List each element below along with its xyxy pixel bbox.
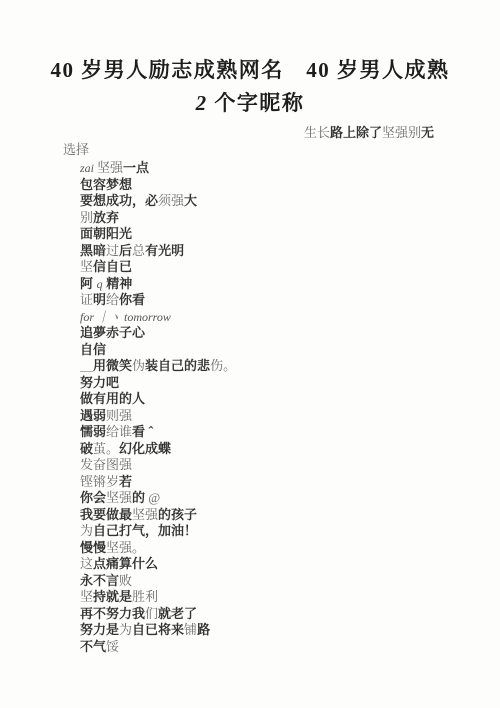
text-segment: 破 [80, 441, 93, 456]
text-segment: 你会 [80, 490, 106, 505]
nickname-item: 这点痛算什么 [80, 556, 500, 573]
text-segment: 黑暗 [80, 243, 106, 258]
text-segment: 幻化成蝶 [119, 441, 171, 456]
text-segment: 坚 [80, 259, 93, 274]
text-segment: 大 [184, 193, 197, 208]
text-segment: 面朝阳光 [80, 226, 132, 241]
text-segment: 这 [80, 556, 93, 571]
text-segment: 做有用的人 [80, 391, 145, 406]
nickname-item: for ｜ヽ tomorrow [80, 309, 500, 326]
tagline: 生长路上除了坚强别无 [0, 125, 500, 141]
nickname-item: 要想成功，必须强大 [80, 193, 500, 210]
text-segment: 自已将来 [132, 622, 184, 637]
text-segment: 铿锵岁 [80, 474, 119, 489]
text-segment: 则强 [106, 408, 132, 423]
text-segment: 给 [106, 292, 119, 307]
text-segment: 40 岁男人励志成熟网名 [51, 58, 284, 82]
text-segment: 自信 [80, 342, 106, 357]
nickname-item: 发奋图强 [80, 457, 500, 474]
text-segment: 努力是 [80, 622, 119, 637]
nickname-item: 懦弱给谁看 ˆ [80, 424, 500, 441]
text-segment: for ｜ヽ tomorrow [80, 310, 171, 324]
text-segment: 选择 [63, 142, 89, 157]
text-segment: 若 [119, 474, 132, 489]
text-segment: 坚强。 [106, 540, 145, 555]
text-segment: 精神 [103, 276, 133, 291]
nickname-item: 坚持就是胜利 [80, 589, 500, 606]
page-title: 40 岁男人励志成熟网名 40 岁男人成熟 2 个字昵称 [0, 0, 500, 120]
text-segment: 坚强 [97, 160, 123, 175]
text-segment: 努力吧 [80, 375, 119, 390]
text-segment: 坚 [80, 589, 93, 604]
text-segment: 坚强 [132, 507, 158, 522]
text-segment: 懦弱 [80, 424, 106, 439]
text-segment: 为 [80, 523, 93, 538]
nickname-item: 再不努力我们就老了 [80, 606, 500, 623]
nickname-item: 包容梦想 [80, 177, 500, 194]
text-segment: 坚强 [106, 490, 132, 505]
nickname-item: 努力吧 [80, 375, 500, 392]
text-segment: 遇弱 [80, 408, 106, 423]
text-segment: 总 [132, 243, 145, 258]
nickname-item: 别放弃 [80, 210, 500, 227]
text-segment: 一点 [123, 160, 149, 175]
text-segment: 败 [119, 573, 132, 588]
text-segment: 永不言 [80, 573, 119, 588]
text-segment: 追夢赤子心 [80, 325, 145, 340]
text-segment: 装自己的悲 [145, 358, 210, 373]
text-segment: 馁 [106, 639, 119, 654]
text-segment: 有光明 [145, 243, 184, 258]
text-segment: 无 [421, 125, 434, 140]
nickname-item: 证明给你看 [80, 292, 500, 309]
text-segment: @ [145, 490, 160, 505]
text-segment: ＿ [80, 358, 93, 373]
nickname-item: zai 坚强一点 [80, 160, 500, 177]
text-segment: 点痛算什么 [93, 556, 158, 571]
nickname-item: 自信 [80, 342, 500, 359]
text-segment: 用微笑 [93, 358, 132, 373]
text-segment: 证 [80, 292, 93, 307]
text-segment: 2 [196, 91, 208, 115]
text-segment: 伪 [132, 358, 145, 373]
text-segment: 信自已 [93, 259, 132, 274]
title-line-1: 40 岁男人励志成熟网名 40 岁男人成熟 [0, 54, 500, 87]
nickname-item: 永不言败 [80, 573, 500, 590]
nickname-item: 铿锵岁若 [80, 474, 500, 491]
text-segment: 后 [119, 243, 132, 258]
nickname-item: 做有用的人 [80, 391, 500, 408]
text-segment: 自己打气，加油！ [93, 523, 197, 538]
text-segment: 40 岁男人成熟 [306, 58, 449, 82]
text-segment: 伤。 [210, 358, 236, 373]
text-segment: 铺 [184, 622, 197, 637]
document-page: 40 岁男人励志成熟网名 40 岁男人成熟 2 个字昵称 生长路上除了坚强别无 … [0, 0, 500, 708]
nickname-item: 坚信自已 [80, 259, 500, 276]
text-segment: 看 ˆ [132, 424, 153, 439]
text-segment: 坚强别 [382, 125, 421, 140]
text-segment: 再不努力我 [80, 606, 145, 621]
nickname-item: 我要做最坚强的孩子 [80, 507, 500, 524]
select-label: 选择 [63, 142, 500, 158]
text-segment: 发奋图强 [80, 457, 132, 472]
nickname-item: 努力是为自已将来铺路 [80, 622, 500, 639]
nickname-item: 不气馁 [80, 639, 500, 656]
text-segment: zai [80, 161, 97, 175]
text-segment: 们 [145, 606, 158, 621]
text-segment: 包容梦想 [80, 177, 132, 192]
text-segment: 个字昵称 [208, 91, 305, 115]
nickname-item: 追夢赤子心 [80, 325, 500, 342]
text-segment: 为 [119, 622, 132, 637]
text-segment: 路上除了 [330, 125, 382, 140]
nickname-item: 慢慢坚强。 [80, 540, 500, 557]
text-segment: 持就是 [93, 589, 132, 604]
nickname-list: zai 坚强一点包容梦想要想成功，必须强大别放弃面朝阳光黑暗过后总有光明坚信自已… [0, 160, 500, 655]
nickname-item: ＿用微笑伪装自己的悲伤。 [80, 358, 500, 375]
text-segment [284, 58, 307, 82]
text-segment: 的孩子 [158, 507, 197, 522]
text-segment: 路 [197, 622, 210, 637]
text-segment: 我要做最 [80, 507, 132, 522]
text-segment: 阿 [80, 276, 97, 291]
text-segment: 就老了 [158, 606, 197, 621]
nickname-item: 你会坚强的 @ [80, 490, 500, 507]
text-segment: 要想成功，必 [80, 193, 158, 208]
text-segment: 慢慢 [80, 540, 106, 555]
text-segment: 你看 [119, 292, 145, 307]
title-line-2: 2 个字昵称 [0, 87, 500, 120]
text-segment: 须强 [158, 193, 184, 208]
nickname-item: 破茧。幻化成蝶 [80, 441, 500, 458]
nickname-item: 面朝阳光 [80, 226, 500, 243]
text-segment: 过 [106, 243, 119, 258]
text-segment: 放弃 [93, 210, 119, 225]
text-segment: 生长 [304, 125, 330, 140]
text-segment: 不气 [80, 639, 106, 654]
text-segment: 给谁 [106, 424, 132, 439]
text-segment: 明 [93, 292, 106, 307]
nickname-item: 黑暗过后总有光明 [80, 243, 500, 260]
nickname-item: 遇弱则强 [80, 408, 500, 425]
text-segment: 的 [132, 490, 145, 505]
nickname-item: 阿 q 精神 [80, 276, 500, 293]
nickname-item: 为自己打气，加油！ [80, 523, 500, 540]
text-segment: 茧。 [93, 441, 119, 456]
text-segment: 别 [80, 210, 93, 225]
text-segment: 胜利 [132, 589, 158, 604]
